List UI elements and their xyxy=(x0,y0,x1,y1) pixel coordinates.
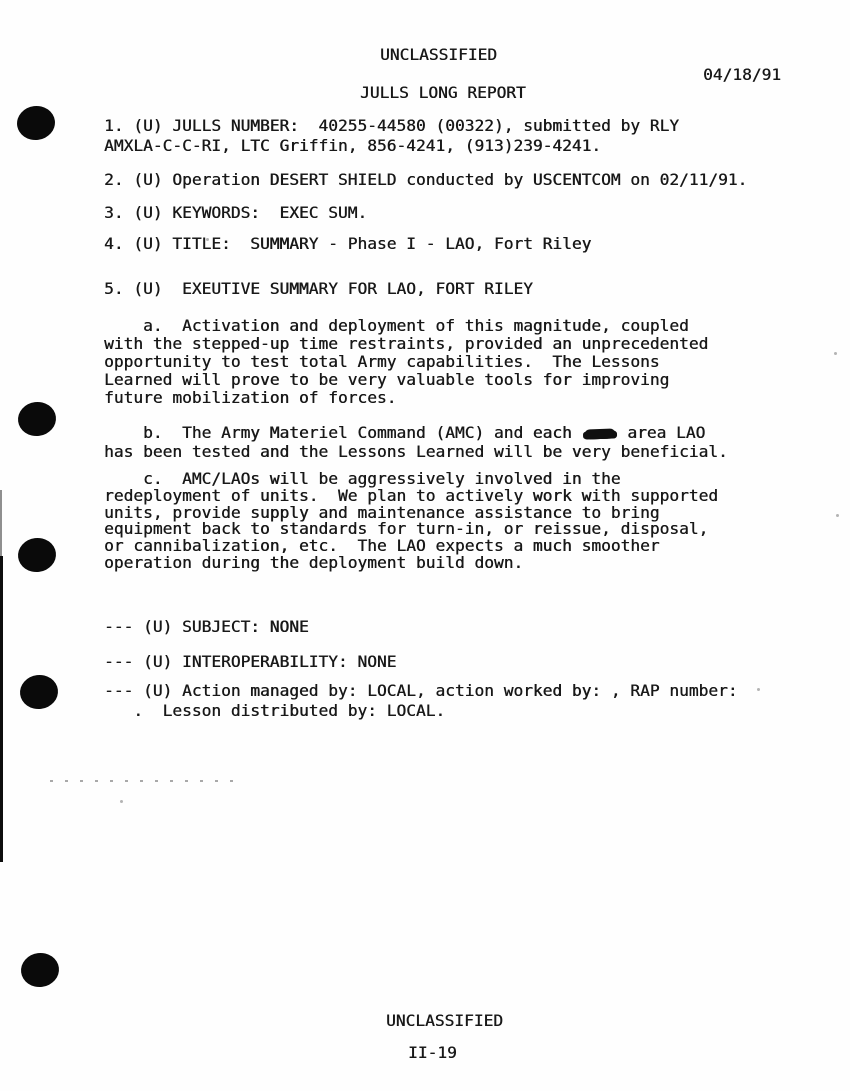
hole-punch-mark xyxy=(18,673,60,711)
hole-punch-mark xyxy=(19,951,61,989)
report-title: JULLS LONG REPORT xyxy=(360,86,526,100)
para-b: b. The Army Materiel Command (AMC) and e… xyxy=(104,423,728,461)
document-page: UNCLASSIFIED 04/18/91 JULLS LONG REPORT … xyxy=(0,0,850,1091)
item-2: 2. (U) Operation DESERT SHIELD conducted… xyxy=(104,170,747,190)
redaction-scribble xyxy=(584,428,614,439)
scan-speck xyxy=(834,352,837,355)
para-c: c. AMC/LAOs will be aggressively involve… xyxy=(104,471,718,572)
subject: --- (U) SUBJECT: NONE xyxy=(104,617,309,637)
interoperability: --- (U) INTEROPERABILITY: NONE xyxy=(104,652,396,672)
classification-footer: UNCLASSIFIED xyxy=(386,1014,503,1028)
item-4: 4. (U) TITLE: SUMMARY - Phase I - LAO, F… xyxy=(104,234,591,254)
report-date: 04/18/91 xyxy=(703,68,781,82)
item-1: 1. (U) JULLS NUMBER: 40255-44580 (00322)… xyxy=(104,116,679,156)
scan-speck xyxy=(836,514,839,517)
scan-speck xyxy=(206,238,209,241)
item-3: 3. (U) KEYWORDS: EXEC SUM. xyxy=(104,203,367,223)
scan-speck xyxy=(757,688,760,691)
scan-speck xyxy=(120,800,123,803)
left-edge-scan-line xyxy=(0,556,3,862)
para-a: a. Activation and deployment of this mag… xyxy=(104,317,708,407)
hole-punch-mark xyxy=(16,400,58,438)
classification-header: UNCLASSIFIED xyxy=(380,48,497,62)
action: --- (U) Action managed by: LOCAL, action… xyxy=(104,681,737,721)
hole-punch-mark xyxy=(16,536,58,574)
left-edge-scan-line xyxy=(0,490,2,560)
hole-punch-mark xyxy=(15,104,57,142)
faint-dotted-row xyxy=(50,780,242,782)
item-5: 5. (U) EXEUTIVE SUMMARY FOR LAO, FORT RI… xyxy=(104,279,533,299)
page-number: II-19 xyxy=(408,1046,457,1060)
